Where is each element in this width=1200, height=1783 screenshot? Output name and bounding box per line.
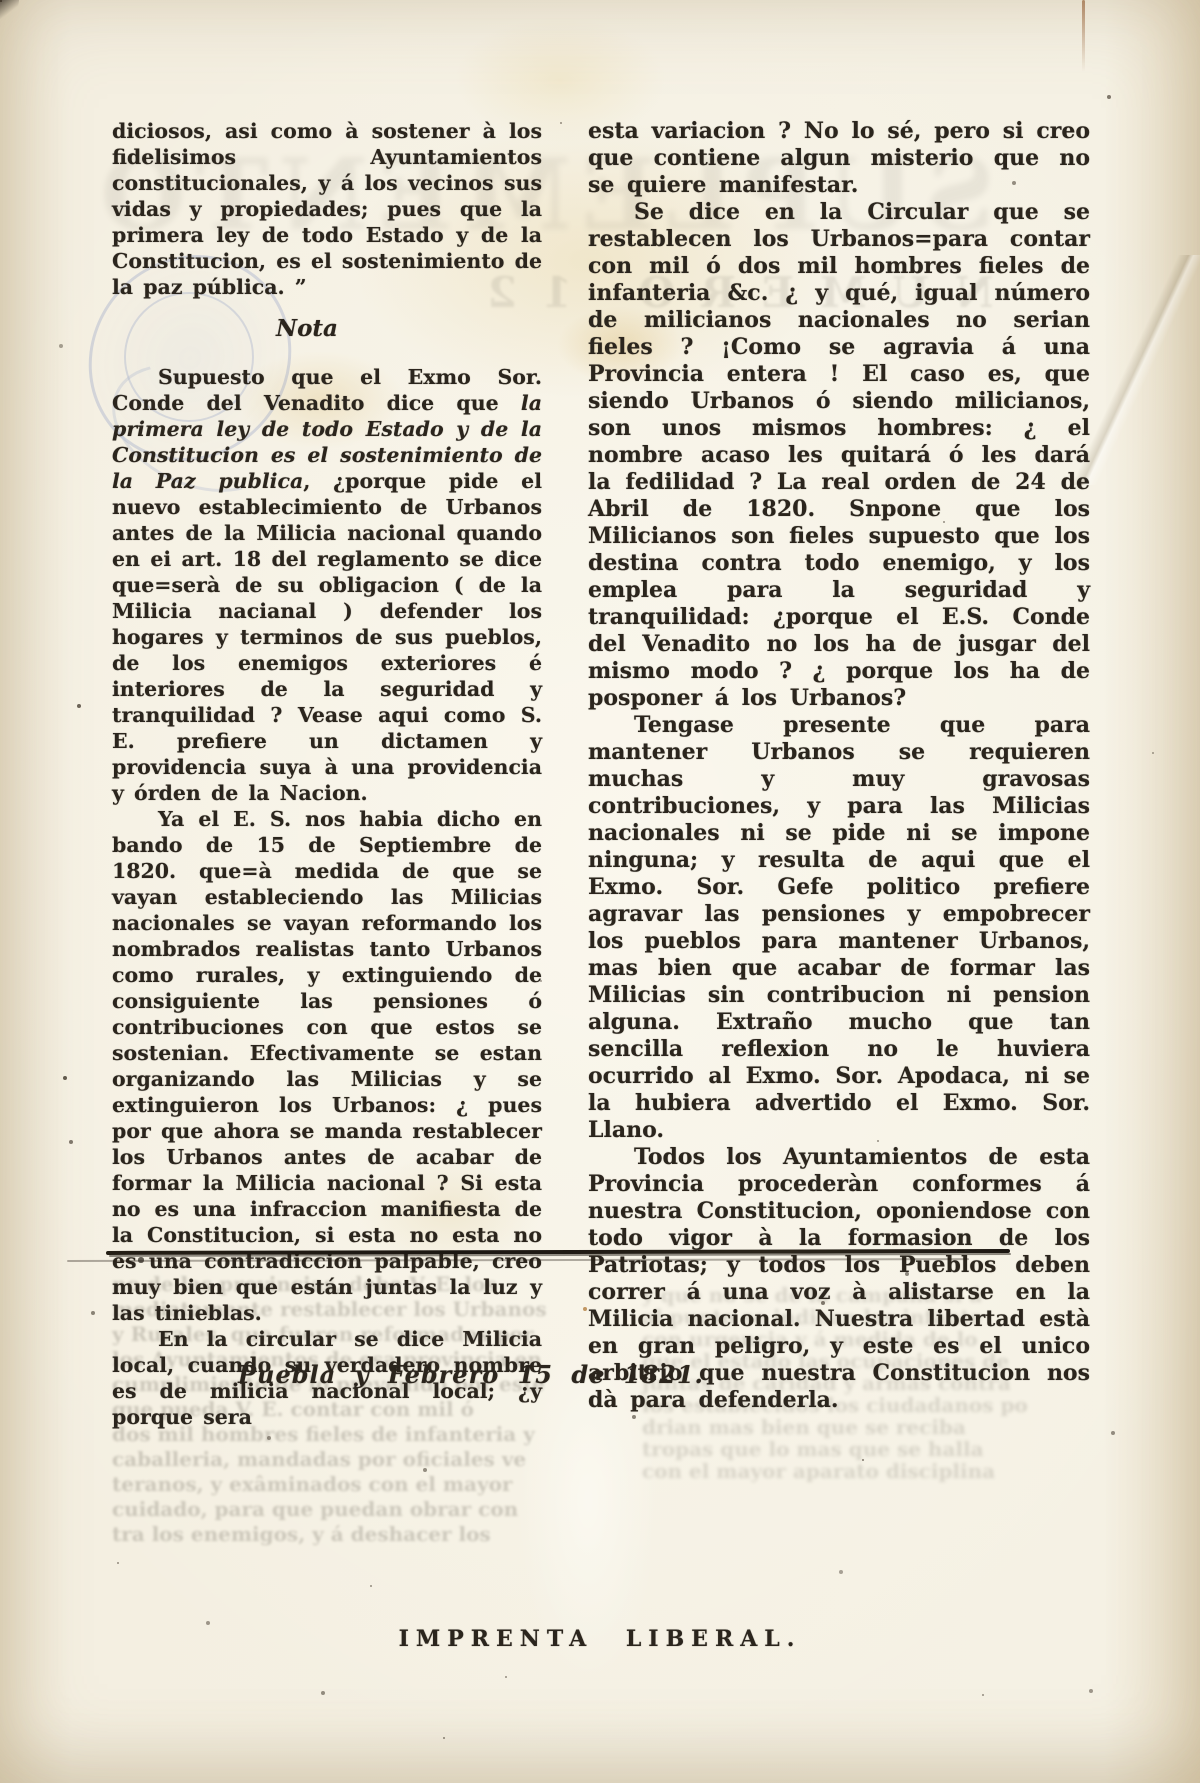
paragraph: Supuesto que el Exmo Sor. Conde del Vena…: [112, 364, 542, 806]
imprint-line: IMPRENTA LIBERAL.: [399, 1626, 802, 1652]
bleedthrough-line: cuidado, para que puedan obrar con: [112, 1497, 582, 1522]
bleedthrough-line: con el mayor aparato disciplina: [642, 1460, 1032, 1482]
paragraph: Ya el E. S. nos habia dicho en bando de …: [112, 806, 542, 1326]
paper-speckles: [0, 0, 2, 2]
paragraph: diciosos, asi como à sostener à los fide…: [112, 118, 542, 300]
paragraph: esta variacion ? No lo sé, pero si creo …: [588, 118, 1090, 199]
dateline: Puebla y Febrero 15 de 1821.: [238, 1360, 704, 1389]
section-heading: Nota: [112, 316, 502, 342]
paragraph: Tengase presente que para mantener Urban…: [588, 712, 1090, 1144]
paragraph: Se dice en la Circular que se restablece…: [588, 199, 1090, 712]
paper-stain: [1082, 0, 1085, 72]
bleedthrough-line: drian mas bien que se reciba: [642, 1416, 1032, 1438]
bleedthrough-line: teranos, y exâminados con el mayor: [112, 1472, 582, 1497]
bleedthrough-line: caballeria, mandadas por oficiales ve: [112, 1447, 582, 1472]
left-text-column: diciosos, asi como à sostener à los fide…: [112, 118, 542, 1430]
bleedthrough-line: tra los enemigos, y á deshacer los: [112, 1522, 582, 1547]
bleedthrough-line: tropas que lo mas que se halla: [642, 1438, 1032, 1460]
scanned-pamphlet-page: SUPLEMENTO NUMERO 12 diciosos, asi como …: [0, 0, 1200, 1783]
right-text-column: esta variacion ? No lo sé, pero si creo …: [588, 118, 1090, 1414]
paper-stain: [0, 0, 20, 22]
